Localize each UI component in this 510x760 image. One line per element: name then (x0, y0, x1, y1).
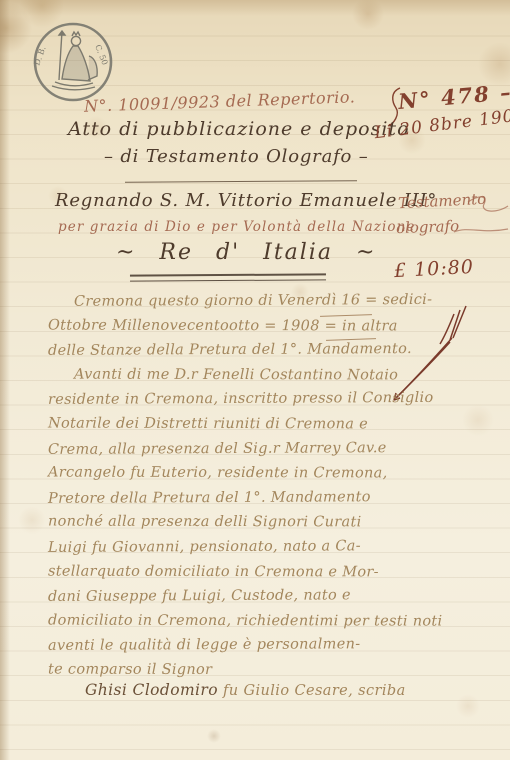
invocation-line-2: per grazia di Dio e per Volontà della Na… (58, 219, 416, 235)
body-line: domiciliato in Cremona, richiedentimi pe… (48, 608, 400, 634)
body-line: nonché alla presenza delli Signori Curat… (48, 510, 400, 536)
comparso-rest: fu Giulio Cesare, scriba (218, 683, 406, 699)
body-line: residente in Cremona, inscritto presso i… (48, 386, 400, 412)
body-line: Pretore della Pretura del 1°. Mandamento (48, 485, 400, 511)
flourish-icon (466, 192, 510, 222)
body-line: Avanti di me D.r Fenelli Costantino Nota… (48, 362, 400, 388)
repertorio-line: N°. 10091/9923 del Repertorio. (84, 87, 356, 115)
body-line: Crema, alla presenza del Sig.r Marrey Ca… (48, 436, 400, 462)
subtitle-line: – di Testamento Olografo – (104, 146, 369, 167)
comparso-line: Ghisi Clodomiro fu Giulio Cesare, scriba (85, 681, 406, 699)
body-text: Cremona questo giorno di Venerdì 16 = se… (48, 289, 400, 683)
body-line: Cremona questo giorno di Venerdì 16 = se… (48, 288, 400, 314)
body-line: stellarquato domiciliato in Cremona e Mo… (48, 559, 400, 585)
comparso-name: Ghisi Clodomiro (85, 681, 218, 699)
body-line: Ottobre Millenovecentootto = 1908 = in a… (48, 313, 400, 339)
body-line: delle Stanze della Pretura del 1°. Manda… (48, 337, 400, 363)
fee-note: £ 10:80 (393, 256, 474, 282)
document-page: C. 50 D. B. N°. 10091/9923 del Repertori… (0, 0, 510, 760)
invocation-line-1: Regnando S. M. Vittorio Emanuele III° (55, 190, 437, 211)
royal-divider (130, 273, 326, 281)
body-line: Arcangelo fu Euterio, residente in Cremo… (48, 461, 400, 487)
body-line: te comparso il Signor (48, 657, 400, 683)
body-line: Luigi fu Giovanni, pensionato, nato a Ca… (48, 534, 400, 560)
title-line: Atto di pubblicazione e deposito (68, 118, 410, 140)
body-line: Notarile dei Distretti riuniti di Cremon… (48, 412, 400, 438)
margin-note-olografo: olografo (396, 217, 460, 237)
invocation-line-3: ~ Re d' Italia ~ (116, 240, 376, 265)
body-line: aventi le qualità di legge è personalmen… (48, 632, 400, 658)
body-line: dani Giuseppe fu Luigi, Custode, nato e (48, 583, 400, 609)
flourish-icon (452, 224, 510, 238)
header-divider (125, 180, 357, 183)
stamp-left-text: D. B. (32, 45, 47, 67)
revenue-stamp-icon: C. 50 D. B. (31, 20, 115, 104)
